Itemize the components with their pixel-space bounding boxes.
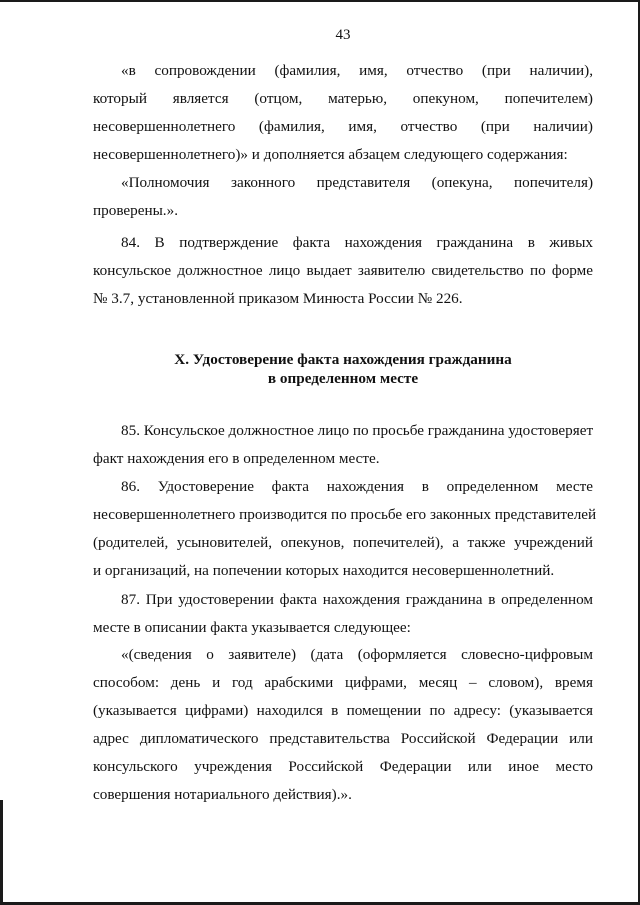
section-heading-line-2: в определенном месте [93, 369, 593, 388]
text-line: 84. В подтверждение факта нахождения гра… [93, 229, 593, 257]
section-heading: X. Удостоверение факта нахождения гражда… [93, 350, 593, 388]
text-line: (родителей, усыновителей, опекунов, попе… [93, 529, 593, 557]
text-line: 86. Удостоверение факта нахождения в опр… [93, 473, 593, 501]
scan-border-top [0, 0, 640, 2]
text-line: несовершеннолетнего (фамилия, имя, отчес… [93, 113, 593, 141]
section-heading-line-1: X. Удостоверение факта нахождения гражда… [93, 350, 593, 369]
text-line: «Полномочия законного представителя (опе… [93, 169, 593, 197]
text-line: способом: день и год арабскими цифрами, … [93, 669, 593, 697]
text-line: консульское должностное лицо выдает заяв… [93, 257, 593, 285]
paragraph-authority-verified: «Полномочия законного представителя (опе… [93, 169, 593, 225]
paragraph-87: 87. При удостоверении факта нахождения г… [93, 586, 593, 642]
text-line: (указывается цифрами) находился в помеще… [93, 697, 593, 725]
scan-border-left [0, 800, 3, 905]
text-line: 87. При удостоверении факта нахождения г… [93, 586, 593, 614]
text-line: проверены.». [93, 197, 593, 225]
page-number: 43 [93, 27, 593, 44]
paragraph-84: 84. В подтверждение факта нахождения гра… [93, 229, 593, 313]
text-line: 85. Консульское должностное лицо по прос… [93, 417, 593, 445]
text-line: факт нахождения его в определенном месте… [93, 445, 593, 473]
text-line: который является (отцом, матерью, опекун… [93, 85, 593, 113]
text-line: несовершеннолетнего)» и дополняется абза… [93, 141, 593, 169]
text-line: № 3.7, установленной приказом Минюста Ро… [93, 285, 593, 313]
text-line: несовершеннолетнего производится по прос… [93, 501, 593, 529]
text-line: консульского учреждения Российской Федер… [93, 753, 593, 781]
text-line: адрес дипломатического представительства… [93, 725, 593, 753]
text-line: месте в описании факта указывается следу… [93, 614, 593, 642]
text-line: и организаций, на попечении которых нахо… [93, 557, 593, 585]
text-line: «в сопровождении (фамилия, имя, отчество… [93, 57, 593, 85]
paragraph-87-quote: «(сведения о заявителе) (дата (оформляет… [93, 641, 593, 809]
paragraph-86: 86. Удостоверение факта нахождения в опр… [93, 473, 593, 585]
text-line: «(сведения о заявителе) (дата (оформляет… [93, 641, 593, 669]
paragraph-guardian-escort: «в сопровождении (фамилия, имя, отчество… [93, 57, 593, 169]
paragraph-85: 85. Консульское должностное лицо по прос… [93, 417, 593, 473]
text-line: совершения нотариального действия).». [93, 781, 593, 809]
